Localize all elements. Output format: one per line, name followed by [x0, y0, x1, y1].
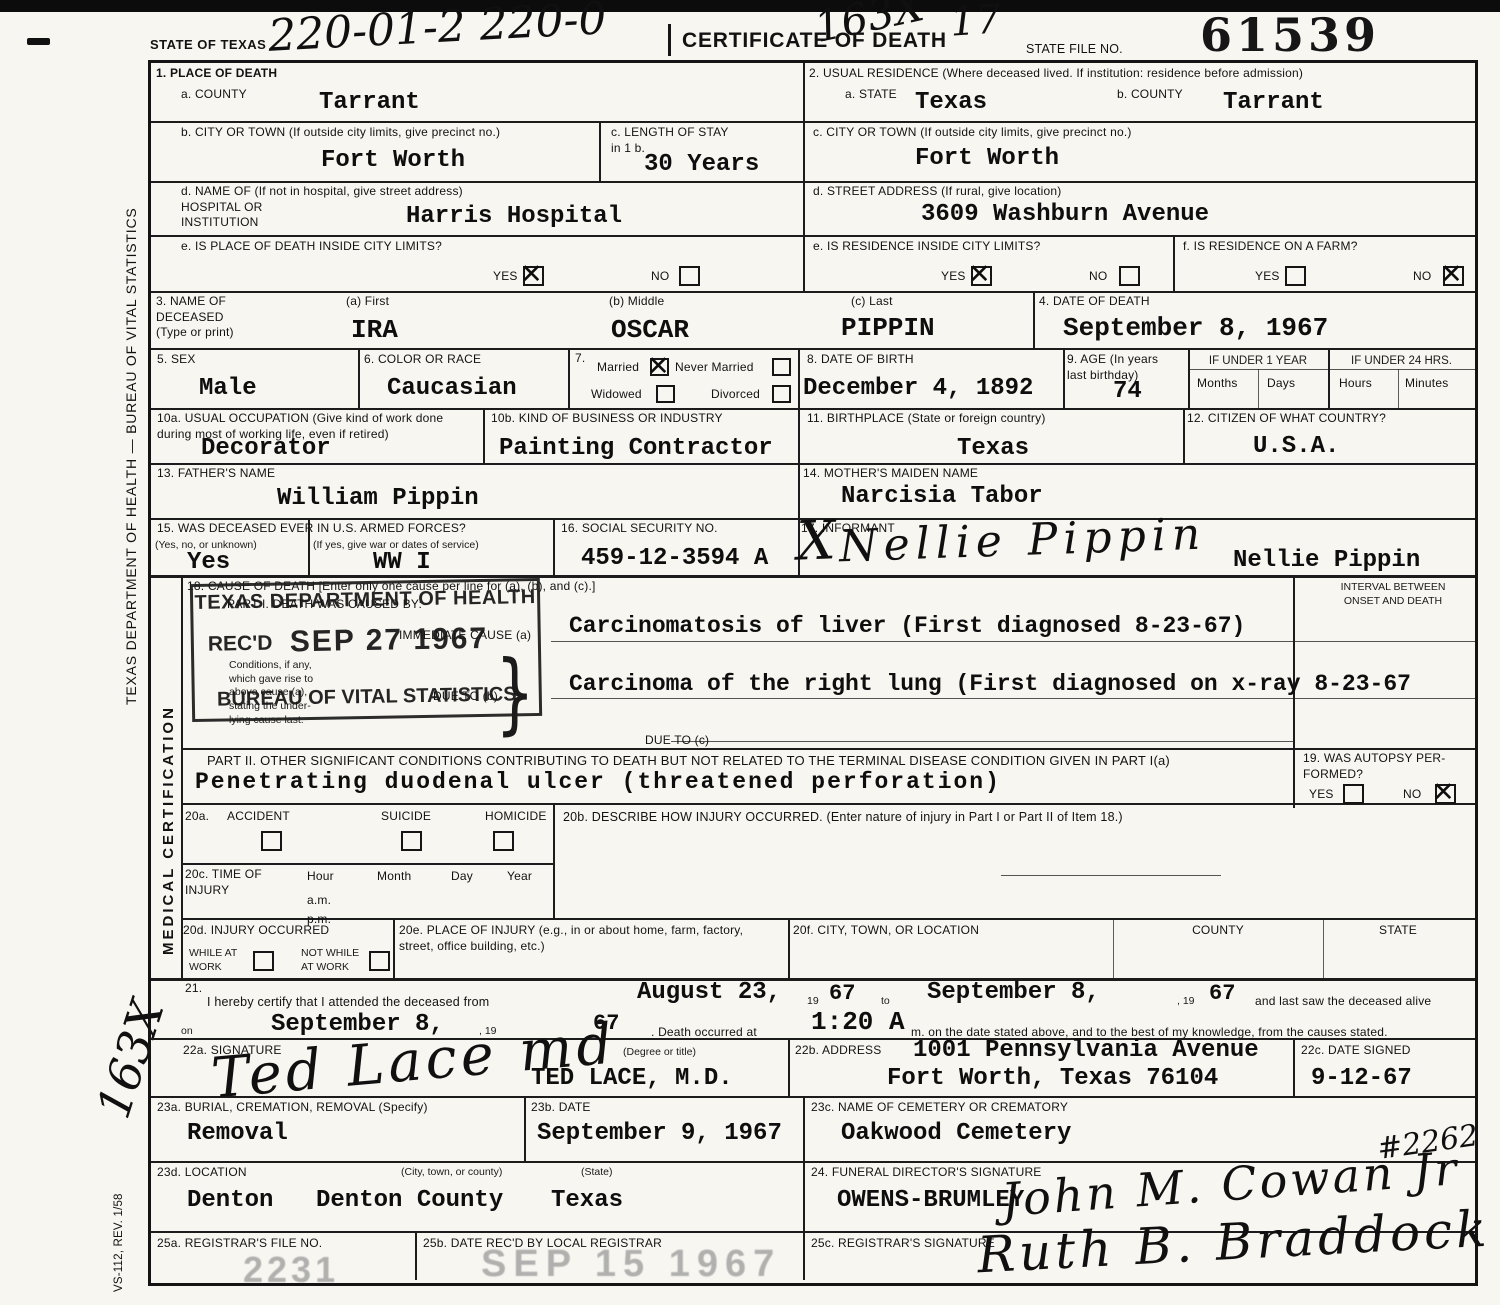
cert-19-2: , 19 — [1177, 995, 1195, 1009]
field-20f-county-label: COUNTY — [1113, 923, 1323, 939]
scan-mark — [27, 38, 50, 45]
field-1e-no-checkbox — [679, 266, 700, 286]
cert-text-1: I hereby certify that I attended the dec… — [207, 994, 489, 1010]
department-vertical-label: TEXAS DEPARTMENT OF HEALTH — BUREAU OF V… — [122, 207, 140, 705]
field-20d-label: 20d. INJURY OCCURRED — [183, 923, 329, 939]
stamp-recd: REC'D — [208, 632, 273, 657]
stamp-line1: TEXAS DEPARTMENT OF HEALTH — [193, 586, 537, 615]
field-15-war-value: WW I — [373, 549, 431, 576]
field-1e-yes-checkbox — [523, 266, 544, 286]
field-1e-limits-label: e. IS PLACE OF DEATH INSIDE CITY LIMITS? — [181, 239, 442, 255]
state-of-texas-label: STATE OF TEXAS — [150, 37, 266, 54]
field-23b-date-value: September 9, 1967 — [537, 1120, 782, 1147]
field-2e-yes-label: YES — [941, 269, 966, 285]
field-2c-city-value: Fort Worth — [915, 145, 1059, 172]
field-3c-last-value: PIPPIN — [841, 313, 935, 343]
field-18-cause-a-value: Carcinomatosis of liver (First diagnosed… — [569, 613, 1245, 639]
field-14-mother-value: Narcisia Tabor — [841, 483, 1043, 510]
field-2f-yes-checkbox — [1285, 266, 1306, 286]
cert-year-2: 67 — [1209, 981, 1235, 1006]
funeral-director-number: #2262 — [1375, 1118, 1480, 1167]
handwritten-17: 17 — [948, 0, 1002, 46]
field-5-sex-label: 5. SEX — [157, 352, 196, 368]
field-7-married-checkbox — [650, 358, 669, 376]
field-20d-not-at-work-label: NOT WHILE AT WORK — [301, 947, 359, 974]
field-20a-accident-checkbox — [261, 831, 282, 851]
field-6-race-value: Caucasian — [387, 375, 517, 402]
field-3c-last-label: (c) Last — [851, 294, 893, 310]
field-19-no-label: NO — [1403, 787, 1421, 803]
field-7-never-married-label: Never Married — [675, 360, 754, 376]
field-20a-suicide-checkbox — [401, 831, 422, 851]
registrar-file-number-stamp: 2231 — [243, 1249, 339, 1291]
field-23d-city-hint: (City, town, or county) — [401, 1166, 502, 1180]
state-file-number: 61539 — [1200, 8, 1380, 62]
field-15-forces-label: 15. WAS DECEASED EVER IN U.S. ARMED FORC… — [157, 521, 466, 537]
field-months-label: Months — [1197, 376, 1238, 392]
field-hours-label: Hours — [1339, 376, 1372, 392]
field-23d-county-value: Denton County — [316, 1187, 503, 1214]
field-6-race-label: 6. COLOR OR RACE — [364, 352, 481, 368]
field-1b-city-label: b. CITY OR TOWN (If outside city limits,… — [181, 125, 500, 141]
field-1d-hospital-value: Harris Hospital — [406, 203, 622, 230]
field-3a-first-label: (a) First — [346, 294, 389, 310]
field-under24hr-header: IF UNDER 24 HRS. — [1328, 354, 1475, 369]
field-20a-label: 20a. — [185, 809, 209, 825]
field-7-married-label: Married — [597, 360, 639, 376]
field-10b-industry-value: Painting Contractor — [499, 435, 773, 462]
field-4-dod-label: 4. DATE OF DEATH — [1039, 294, 1150, 310]
field-2d-street-label: d. STREET ADDRESS (If rural, give locati… — [813, 184, 1061, 200]
field-22b-address-line1: 1001 Pennsylvania Avenue — [913, 1037, 1259, 1064]
field-19-no-checkbox — [1435, 784, 1456, 804]
field-17-informant-typed: Nellie Pippin — [1233, 547, 1420, 574]
field-22b-address-label: 22b. ADDRESS — [795, 1043, 881, 1059]
field-23c-cemetery-label: 23c. NAME OF CEMETERY OR CREMATORY — [811, 1100, 1068, 1116]
informant-signature-mark: X — [796, 508, 837, 572]
field-under1yr-header: IF UNDER 1 YEAR — [1188, 354, 1328, 369]
field-minutes-label: Minutes — [1405, 376, 1448, 392]
part2-value: Penetrating duodenal ulcer (threatened p… — [195, 769, 1001, 795]
field-12-citizen-label: 12. CITIZEN OF WHAT COUNTRY? — [1187, 411, 1386, 427]
field-4-dod-value: September 8, 1967 — [1063, 313, 1328, 343]
field-20e-label: 20e. PLACE OF INJURY (e.g., in or about … — [399, 923, 743, 954]
field-days-label: Days — [1267, 376, 1295, 392]
field-1a-county-value: Tarrant — [319, 89, 420, 116]
field-1e-yes-label: YES — [493, 269, 518, 285]
field-1b-city-value: Fort Worth — [321, 147, 465, 174]
field-16-ssn-label: 16. SOCIAL SECURITY NO. — [561, 521, 718, 537]
field-5-sex-value: Male — [199, 375, 257, 402]
field-23d-location-label: 23d. LOCATION — [157, 1165, 247, 1181]
field-16-ssn-value: 459-12-3594 A — [581, 545, 768, 572]
field-2c-city-label: c. CITY OR TOWN (If outside city limits,… — [813, 125, 1132, 141]
field-2b-county-value: Tarrant — [1223, 89, 1324, 116]
field-23d-state-value: Texas — [551, 1187, 623, 1214]
field-2f-yes-label: YES — [1255, 269, 1280, 285]
field-3b-middle-value: OSCAR — [611, 315, 689, 345]
cert-text-2: and last saw the deceased alive — [1255, 994, 1431, 1010]
field-2f-no-checkbox — [1443, 266, 1464, 286]
scan-tick-mark — [668, 24, 671, 56]
field-2f-no-label: NO — [1413, 269, 1431, 285]
field-20c-day-label: Day — [451, 869, 473, 885]
field-20c-month-label: Month — [377, 869, 411, 885]
field-20c-am-label: a.m. — [307, 893, 331, 909]
field-20a-suicide-label: SUICIDE — [381, 809, 431, 825]
field-22a-degree-label: (Degree or title) — [623, 1046, 696, 1060]
field-1c-stay-value: 30 Years — [644, 151, 759, 178]
field-2b-county-label: b. COUNTY — [1117, 87, 1183, 103]
field-12-citizen-value: U.S.A. — [1253, 433, 1339, 460]
field-3-title: 3. NAME OF DECEASED (Type or print) — [156, 294, 234, 341]
field-23d-state-hint: (State) — [581, 1166, 613, 1180]
cert-from-date: August 23, — [637, 979, 781, 1006]
cert-text-3: . Death occurred at — [651, 1025, 757, 1041]
field-19-yes-label: YES — [1309, 787, 1334, 803]
date-received-stamp: SEP 15 1967 — [481, 1243, 781, 1286]
cert-to-date: September 8, — [927, 979, 1100, 1006]
field-20b-label: 20b. DESCRIBE HOW INJURY OCCURRED. (Ente… — [563, 809, 1123, 825]
field-2d-street-value: 3609 Washburn Avenue — [921, 201, 1209, 228]
field-7-never-married-checkbox — [772, 358, 791, 376]
field-10a-occupation-value: Decorator — [201, 435, 331, 462]
field-19-autopsy-label: 19. WAS AUTOPSY PER- FORMED? — [1303, 751, 1446, 782]
field-2e-no-checkbox — [1119, 266, 1140, 286]
field-2a-state-value: Texas — [915, 89, 987, 116]
field-7-widowed-checkbox — [656, 385, 675, 403]
field-13-father-value: William Pippin — [277, 485, 479, 512]
field-14-mother-label: 14. MOTHER'S MAIDEN NAME — [803, 466, 978, 482]
field-1-title: 1. PLACE OF DEATH — [156, 66, 277, 82]
field-10b-industry-label: 10b. KIND OF BUSINESS OR INDUSTRY — [491, 411, 723, 427]
field-21-num: 21. — [185, 981, 202, 997]
field-23b-date-label: 23b. DATE — [531, 1100, 591, 1116]
field-11-birthplace-label: 11. BIRTHPLACE (State or foreign country… — [807, 411, 1046, 427]
stamp-date: SEP 27 1967 — [290, 622, 489, 659]
field-23d-city-value: Denton — [187, 1187, 273, 1214]
handwritten-district-code: 220-01-2 220-0 — [267, 0, 608, 62]
field-9-age-value: 74 — [1113, 378, 1142, 405]
field-20d-at-work-label: WHILE AT WORK — [189, 947, 237, 974]
field-7-divorced-label: Divorced — [711, 387, 760, 403]
field-18-due-c-label: DUE TO (c) — [645, 733, 709, 749]
field-20a-accident-label: ACCIDENT — [227, 809, 290, 825]
field-2e-no-label: NO — [1089, 269, 1107, 285]
field-18-cause-b-value: Carcinoma of the right lung (First diagn… — [569, 671, 1411, 697]
field-22a-typed-name: TED LACE, M.D. — [531, 1065, 733, 1092]
funeral-home-typed: OWENS-BRUMLEY — [837, 1187, 1024, 1214]
certificate-form: 1. PLACE OF DEATH a. COUNTY Tarrant b. C… — [148, 60, 1478, 1286]
field-8-dob-value: December 4, 1892 — [803, 375, 1033, 402]
interval-header: INTERVAL BETWEEN ONSET AND DEATH — [1311, 581, 1475, 608]
field-19-yes-checkbox — [1343, 784, 1364, 804]
field-25c-registrar-label: 25c. REGISTRAR'S SIGNATURE — [811, 1236, 995, 1252]
received-stamp: TEXAS DEPARTMENT OF HEALTH REC'D SEP 27 … — [190, 578, 542, 722]
cert-year-1: 67 — [829, 981, 855, 1006]
field-23c-cemetery-value: Oakwood Cemetery — [841, 1120, 1071, 1147]
field-22c-date-signed-value: 9-12-67 — [1311, 1065, 1412, 1092]
field-3a-first-value: IRA — [351, 315, 398, 345]
field-20f-label: 20f. CITY, TOWN, OR LOCATION — [793, 923, 979, 939]
cert-on-word: on — [181, 1025, 193, 1039]
field-2f-farm-label: f. IS RESIDENCE ON A FARM? — [1183, 239, 1358, 255]
part2-label: PART II. OTHER SIGNIFICANT CONDITIONS CO… — [207, 753, 1170, 770]
field-3b-middle-label: (b) Middle — [609, 294, 664, 310]
field-1a-county-label: a. COUNTY — [181, 87, 247, 103]
field-7-divorced-checkbox — [772, 385, 791, 403]
field-13-father-label: 13. FATHER'S NAME — [157, 466, 275, 482]
field-20d-at-work-checkbox — [253, 951, 274, 971]
form-code-label: VS-112, REV. 1/58 — [112, 1193, 127, 1292]
field-20d-not-at-work-checkbox — [369, 951, 390, 971]
field-22c-date-signed-label: 22c. DATE SIGNED — [1301, 1043, 1411, 1059]
field-23a-label: 23a. BURIAL, CREMATION, REMOVAL (Specify… — [157, 1100, 428, 1116]
field-2a-state-label: a. STATE — [845, 87, 897, 103]
field-11-birthplace-value: Texas — [957, 435, 1029, 462]
medical-certification-vertical-label: MEDICAL CERTIFICATION — [159, 705, 179, 955]
field-8-dob-label: 8. DATE OF BIRTH — [807, 352, 914, 368]
field-15-unknown-value: Yes — [187, 549, 230, 576]
field-7-marital-label: 7. — [575, 351, 585, 367]
field-20a-homicide-label: HOMICIDE — [485, 809, 547, 825]
field-2e-yes-checkbox — [971, 266, 992, 286]
cert-time-value: 1:20 A — [811, 1007, 905, 1037]
field-20a-homicide-checkbox — [493, 831, 514, 851]
field-23a-value: Removal — [187, 1120, 288, 1147]
state-file-no-label: STATE FILE NO. — [1026, 41, 1123, 57]
field-1e-no-label: NO — [651, 269, 669, 285]
field-2-title: 2. USUAL RESIDENCE (Where deceased lived… — [809, 66, 1303, 82]
field-20f-state-label: STATE — [1323, 923, 1473, 939]
field-22b-address-line2: Fort Worth, Texas 76104 — [887, 1065, 1218, 1092]
field-20c-year-label: Year — [507, 869, 532, 885]
field-20c-hour-label: Hour — [307, 869, 334, 885]
field-7-widowed-label: Widowed — [591, 387, 642, 403]
field-2e-limits-label: e. IS RESIDENCE INSIDE CITY LIMITS? — [813, 239, 1041, 255]
death-certificate-scan: STATE OF TEXAS 220-01-2 220-0 CERTIFICAT… — [0, 0, 1500, 1305]
field-20c-label: 20c. TIME OF INJURY — [185, 867, 262, 898]
stamp-line3: BUREAU OF VITAL STATISTICS — [195, 683, 539, 712]
